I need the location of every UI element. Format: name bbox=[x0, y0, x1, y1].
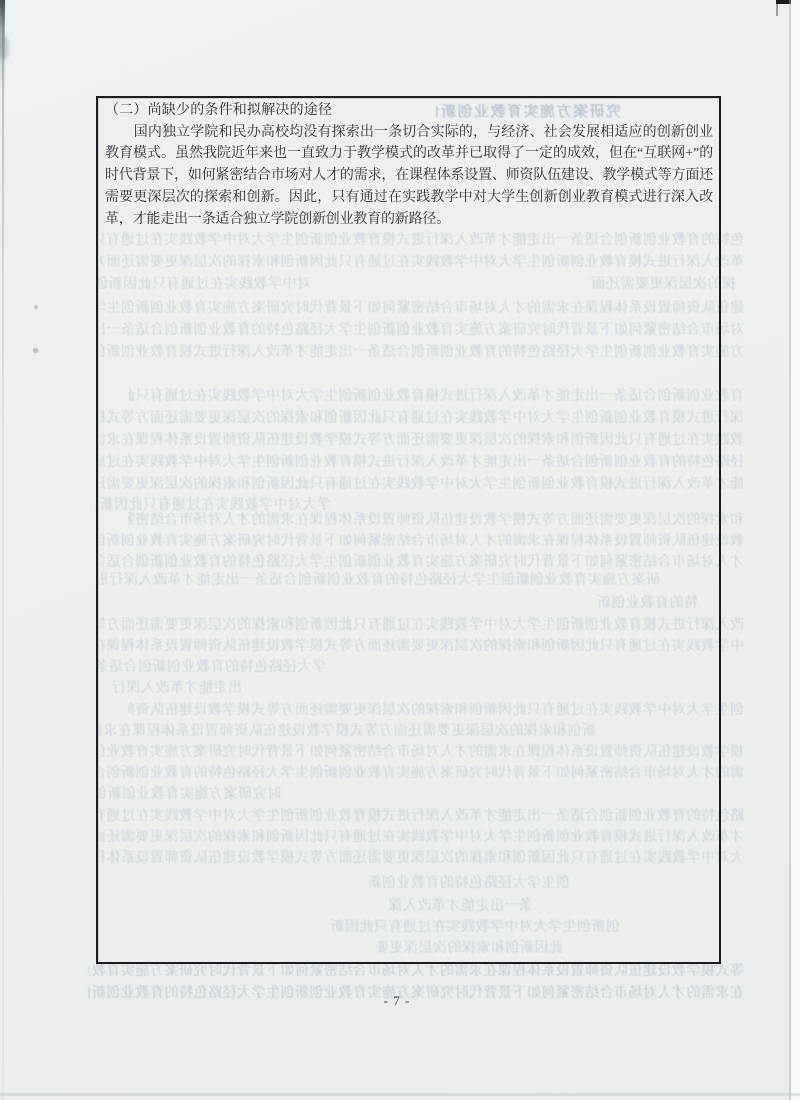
bleedthrough-line: 等式模学教设建伍队资师置设系体程课在求需的才人对场市合结密紧何如下景背代时究研案… bbox=[88, 963, 744, 980]
scan-topleft-smudge bbox=[0, 36, 9, 60]
body-paragraph: 国内独立学院和民办高校均没有探索出一条切合实际的，与经济、社会发展相适应的创新创… bbox=[105, 122, 713, 231]
scan-bottom-edge-line bbox=[0, 1093, 800, 1096]
page-number: - 7 - bbox=[0, 993, 794, 1009]
scanned-page: 究研案方施实育教业创新创生学大径路色特的育教业创新创合适条一出走能才革改入深行进… bbox=[0, 0, 800, 1100]
scan-speck bbox=[34, 305, 38, 309]
document-body: （二）尚缺少的条件和拟解决的途径 国内独立学院和民办高校均没有探索出一条切合实际… bbox=[105, 100, 713, 230]
scan-right-edge-line bbox=[789, 0, 791, 1100]
scan-right-margin bbox=[791, 0, 800, 1100]
section-heading: （二）尚缺少的条件和拟解决的途径 bbox=[105, 100, 713, 122]
scan-left-edge-line bbox=[2, 0, 4, 1100]
scan-speck bbox=[33, 348, 38, 353]
scan-topright-tick bbox=[776, 4, 778, 16]
document-frame: （二）尚缺少的条件和拟解决的途径 国内独立学院和民办高校均没有探索出一条切合实际… bbox=[96, 96, 721, 964]
